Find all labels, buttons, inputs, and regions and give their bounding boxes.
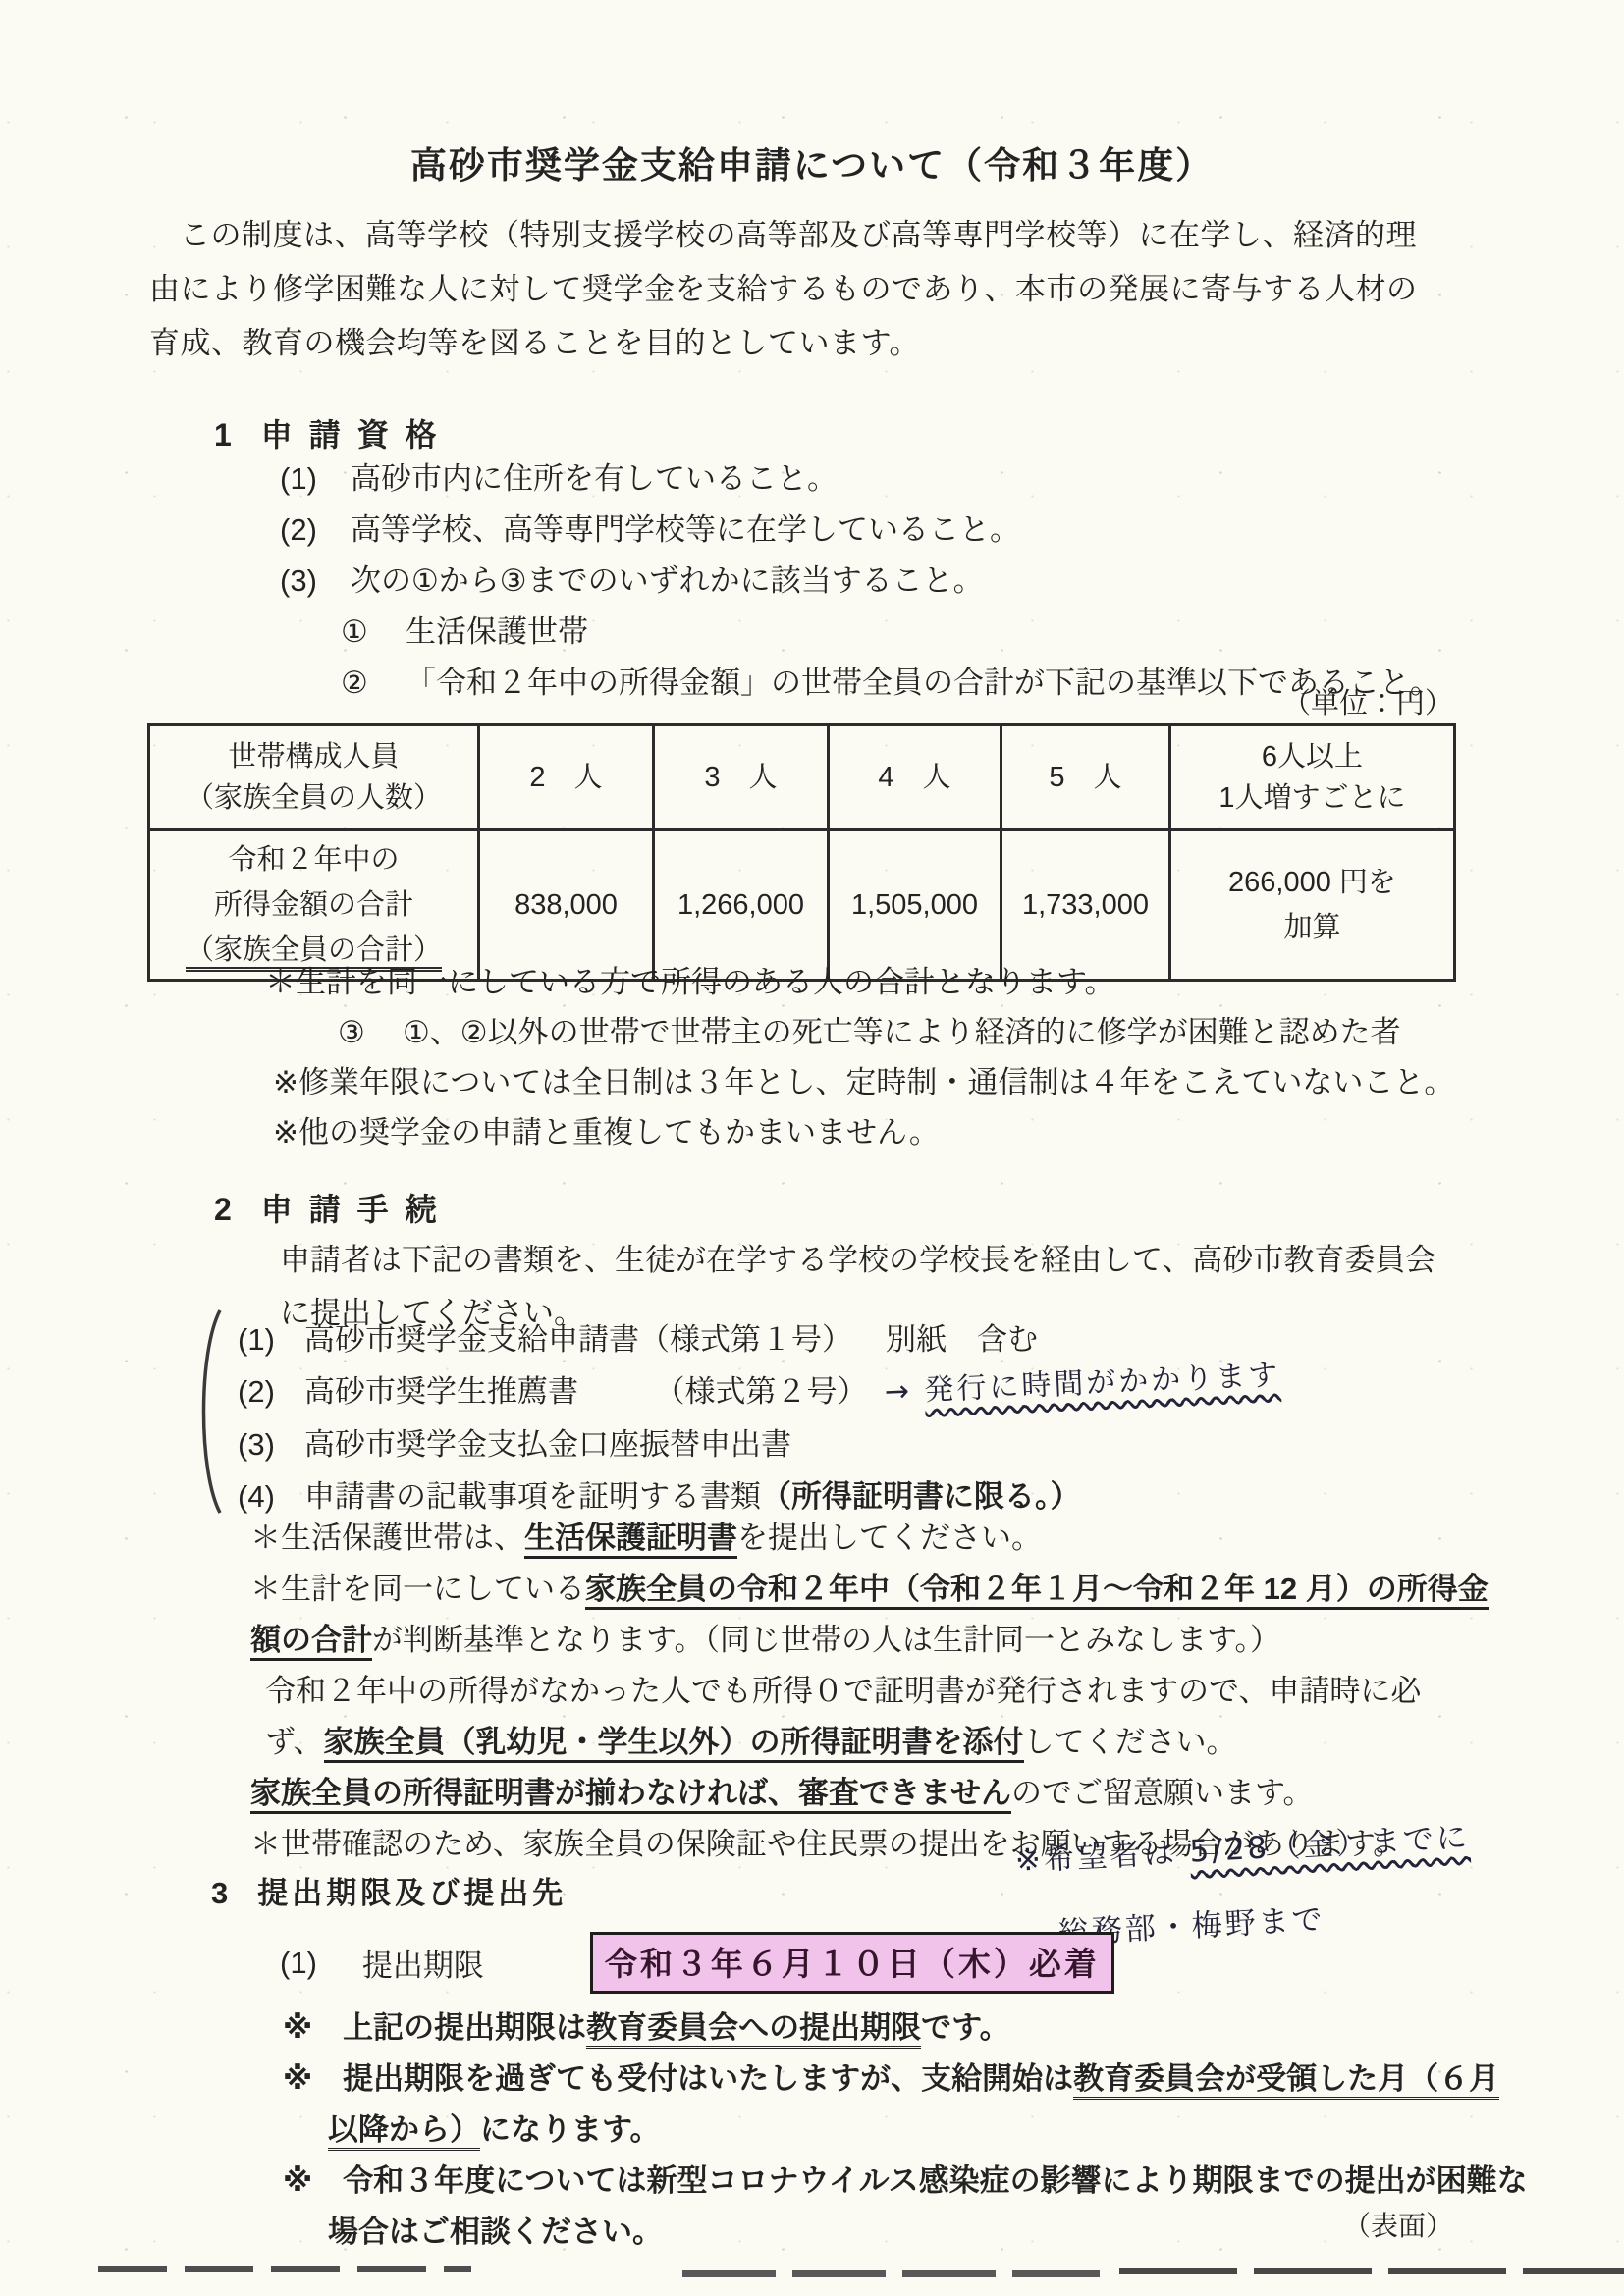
document-title: 高砂市奨学金支給申請について（令和３年度） — [0, 135, 1624, 188]
item-title: 提出期限 — [362, 1941, 484, 1985]
item-text: 高等学校、高等専門学校等に在学していること。 — [351, 505, 1020, 556]
header-2-persons: 2 人 — [479, 725, 654, 830]
list-subitem-1: ① 生活保護世帯 — [341, 607, 1440, 658]
header-3-persons: 3 人 — [654, 725, 829, 830]
item-text: 高砂市奨学生推薦書 （様式第２号） — [304, 1365, 868, 1417]
brace-icon — [192, 1308, 224, 1516]
section1-heading: 1申 請 資 格 — [214, 410, 440, 455]
note-income: ＊生計を同一にしている家族全員の令和２年中（令和２年１月～令和２年 12 月）の… — [250, 1564, 1499, 1666]
section1-notes: ＊生計を同一にしている方で所得のある人の合計となります。 ③ ①、②以外の世帯で… — [265, 957, 1454, 1157]
required-documents-list: (1) 高砂市奨学金支給申請書（様式第１号） 別紙 含む (2) 高砂市奨学生推… — [238, 1313, 1281, 1522]
item-text: 生活保護世帯 — [406, 607, 588, 658]
scan-artifact-bar — [1119, 2268, 1624, 2274]
item-text: 高砂市奨学金支給申請書（様式第１号） — [304, 1313, 852, 1365]
section3-heading: 3提出期限及び提出先 — [211, 1868, 567, 1912]
note-welfare: ＊生活保護世帯は、生活保護証明書を提出してください。 — [250, 1513, 1499, 1564]
item-label: (2) — [238, 1365, 304, 1417]
item-text: ①、②以外の世帯で世帯主の死亡等により経済的に修学が困難と認めた者 — [403, 1007, 1401, 1057]
item-label: (1) — [280, 1946, 317, 1981]
item-label: (1) — [280, 454, 351, 505]
header-5-persons: 5 人 — [1001, 725, 1170, 830]
document-item: (2) 高砂市奨学生推薦書 （様式第２号） → 発行に時間がかかります — [238, 1365, 1281, 1418]
section3-title: 提出期限及び提出先 — [257, 1876, 567, 1910]
list-item: (1) 高砂市内に住所を有していること。 — [280, 454, 1440, 505]
header-4-persons: 4 人 — [829, 725, 1001, 830]
section1-title: 申 請 資 格 — [261, 417, 441, 453]
section1-items: (1) 高砂市内に住所を有していること。 (2) 高等学校、高等専門学校等に在学… — [280, 454, 1440, 709]
handwritten-text: 発行に時間がかかります — [923, 1358, 1280, 1408]
item-label: (1) — [238, 1313, 304, 1365]
circled-number-icon: ③ — [338, 1007, 403, 1057]
deadline-highlight-box: 令和３年６月１０日（木）必着 — [590, 1932, 1114, 1994]
item-suffix: 別紙 含む — [886, 1313, 1038, 1365]
page-side-label: （表面） — [147, 2205, 1453, 2244]
item-label: (3) — [238, 1418, 304, 1470]
income-criteria-table: 世帯構成人員 （家族全員の人数） 2 人 3 人 4 人 5 人 6人以上 1人… — [147, 723, 1456, 982]
scan-artifact-bar — [682, 2270, 1100, 2277]
item-text: 高砂市奨学金支払金口座振替申出書 — [304, 1418, 791, 1470]
header-6-or-more: 6人以上 1人増すごとに — [1170, 725, 1455, 830]
header-household-size: 世帯構成人員 （家族全員の人数） — [149, 725, 479, 830]
left-brace-decoration — [192, 1308, 224, 1521]
item-label: (3) — [280, 556, 351, 607]
scanned-document-page: 高砂市奨学金支給申請について（令和３年度） この制度は、高等学校（特別支援学校の… — [0, 0, 1624, 2296]
section2-title: 申 請 手 続 — [261, 1192, 441, 1227]
note-years: ※修業年限については全日制は３年とし、定時制・通信制は４年をこえていないこと。 — [273, 1057, 1454, 1107]
list-item: (2) 高等学校、高等専門学校等に在学していること。 — [280, 505, 1440, 556]
hand-arrow-icon: → — [884, 1374, 913, 1410]
table-header-row: 世帯構成人員 （家族全員の人数） 2 人 3 人 4 人 5 人 6人以上 1人… — [149, 725, 1455, 830]
note-other: ※他の奨学金の申請と重複してもかまいません。 — [273, 1107, 1454, 1157]
circled-number-icon: ① — [341, 607, 406, 658]
item-text: 次の①から③までのいずれかに該当すること。 — [351, 556, 984, 607]
item-text: 高砂市内に住所を有していること。 — [351, 454, 838, 505]
list-subitem-3: ③ ①、②以外の世帯で世帯主の死亡等により経済的に修学が困難と認めた者 — [338, 1007, 1454, 1057]
note-late-submission: ※ 提出期限を過ぎても受付はいたしますが、支給開始は教育委員会が受領した月（６月… — [283, 2054, 1530, 2156]
item-label: (2) — [280, 505, 351, 556]
section1-number: 1 — [214, 417, 236, 453]
section3-number: 3 — [211, 1876, 232, 1910]
note-deadline-board: ※ 上記の提出期限は教育委員会への提出期限です。 — [283, 2002, 1530, 2054]
document-item: (3) 高砂市奨学金支払金口座振替申出書 — [238, 1418, 1281, 1470]
submission-deadline-row: (1) 提出期限 令和３年６月１０日（木）必着 — [280, 1932, 1114, 1994]
section2-heading: 2申 請 手 続 — [214, 1185, 440, 1230]
note-total: ＊生計を同一にしている方で所得のある人の合計となります。 — [265, 957, 1454, 1007]
unit-note: （単位：円） — [147, 681, 1453, 721]
intro-paragraph: この制度は、高等学校（特別支援学校の高等部及び高等専門学校等）に在学し、経済的理… — [149, 208, 1435, 370]
note-zero-income: 令和２年中の所得がなかった人でも所得０で証明書が発行されますので、申請時に必ず、… — [250, 1666, 1461, 1768]
item-emphasis: （所得証明書に限る。） — [761, 1479, 1081, 1514]
scan-artifact-bar — [98, 2266, 471, 2272]
section2-number: 2 — [214, 1192, 236, 1227]
list-item: (3) 次の①から③までのいずれかに該当すること。 — [280, 556, 1440, 607]
